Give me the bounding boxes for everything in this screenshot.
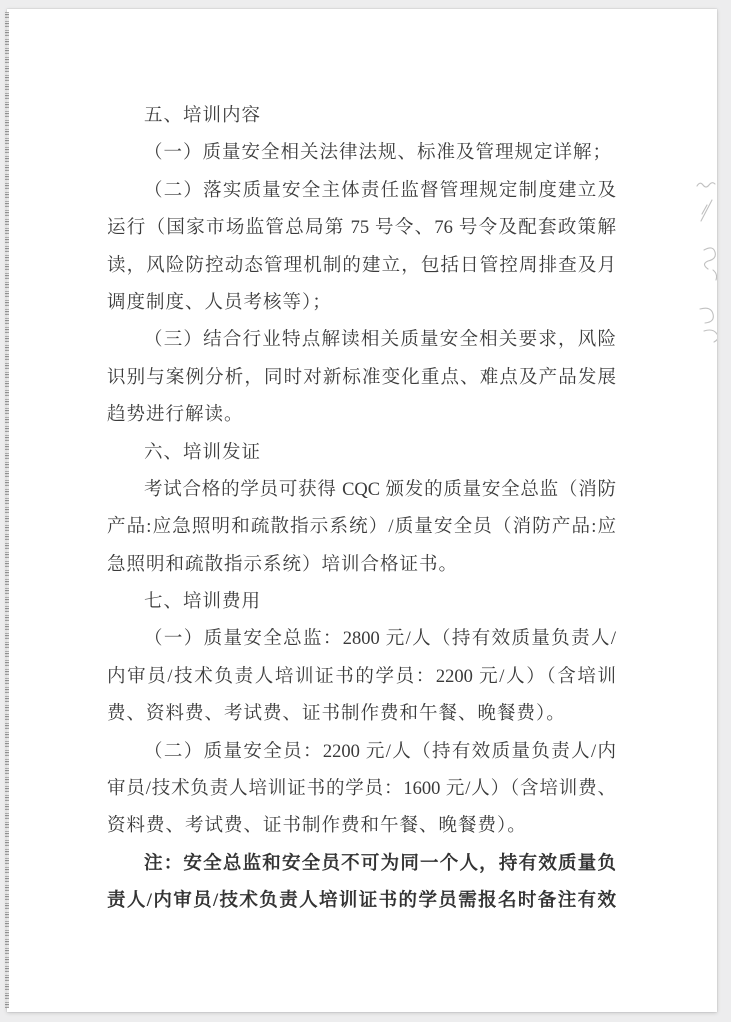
text-line: 运行（国家市场监管总局第 75 号令、76 号令及配套政策解 — [107, 210, 616, 247]
text-line: 注：安全总监和安全员不可为同一个人，持有效质量负 — [107, 846, 616, 883]
text-line: 急照明和疏散指示系统）培训合格证书。 — [107, 547, 616, 584]
smudge-mark — [697, 183, 715, 187]
text-line: （三）结合行业特点解读相关质量安全相关要求，风险 — [107, 322, 616, 359]
text-line: （一）质量安全总监：2800 元/人（持有效质量负责人/ — [107, 621, 616, 658]
text-line: 六、培训发证 — [107, 435, 616, 472]
text-line: （二）落实质量安全主体责任监督管理规定制度建立及 — [107, 173, 616, 210]
smudge-mark — [704, 248, 717, 280]
text-line: （二）质量安全员：2200 元/人（持有效质量负责人/内 — [107, 734, 616, 771]
text-line: 调度制度、人员考核等）； — [107, 285, 616, 322]
text-line: 读，风险防控动态管理机制的建立，包括日管控周排查及月 — [107, 248, 616, 285]
text-line: 七、培训费用 — [107, 584, 616, 621]
text-line: 责人/内审员/技术负责人培训证书的学员需报名时备注有效 — [107, 883, 616, 920]
text-line: 产品:应急照明和疏散指示系统）/质量安全员（消防产品:应 — [107, 509, 616, 546]
scan-background: 五、培训内容（一）质量安全相关法律法规、标准及管理规定详解；（二）落实质量安全主… — [0, 0, 731, 1022]
smudge-mark — [701, 200, 712, 221]
text-line: 审员/技术负责人培训证书的学员：1600 元/人）（含培训费、 — [107, 771, 616, 808]
text-line: 内审员/技术负责人培训证书的学员：2200 元/人）（含培训 — [107, 659, 616, 696]
text-line: （一）质量安全相关法律法规、标准及管理规定详解； — [107, 135, 616, 172]
text-line: 趋势进行解读。 — [107, 397, 616, 434]
text-line: 考试合格的学员可获得 CQC 颁发的质量安全总监（消防 — [107, 472, 616, 509]
text-line: 五、培训内容 — [107, 98, 616, 135]
smudge-mark — [700, 308, 717, 342]
text-line: 资料费、考试费、证书制作费和午餐、晚餐费）。 — [107, 808, 616, 845]
text-line: 费、资料费、考试费、证书制作费和午餐、晚餐费）。 — [107, 696, 616, 733]
text-line: 识别与案例分析，同时对新标准变化重点、难点及产品发展 — [107, 360, 616, 397]
document-text: 五、培训内容（一）质量安全相关法律法规、标准及管理规定详解；（二）落实质量安全主… — [107, 98, 616, 921]
document-page: 五、培训内容（一）质量安全相关法律法规、标准及管理规定详解；（二）落实质量安全主… — [7, 9, 717, 1012]
scan-edge-artifact — [5, 12, 9, 1008]
